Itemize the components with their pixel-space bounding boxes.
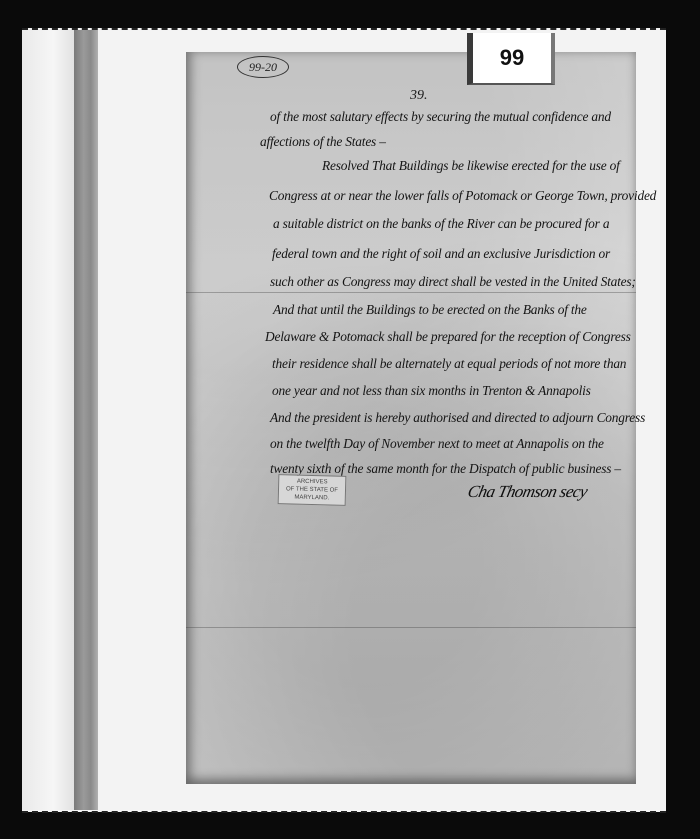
manuscript-line: affections of the States –	[260, 134, 386, 150]
manuscript-line: Delaware & Potomack shall be prepared fo…	[265, 329, 631, 345]
manuscript-line: federal town and the right of soil and a…	[272, 246, 610, 262]
manuscript-line: on the twelfth Day of November next to m…	[270, 436, 604, 452]
manuscript-line: their residence shall be alternately at …	[272, 356, 626, 372]
manuscript-line: such other as Congress may direct shall …	[270, 274, 636, 290]
page-number-label: 99	[467, 33, 555, 85]
manuscript-line: And the president is hereby authorised a…	[270, 410, 645, 426]
frame-bottom-edge	[22, 808, 666, 813]
fold-line	[186, 627, 636, 628]
fold-line	[186, 292, 636, 293]
previous-page-edge	[22, 30, 74, 810]
binding-gutter-shadow	[74, 30, 98, 810]
manuscript-line: Congress at or near the lower falls of P…	[269, 188, 656, 204]
signature: Cha Thomson secy	[466, 482, 589, 502]
manuscript-line: Resolved That Buildings be likewise erec…	[322, 158, 620, 174]
catalog-number: 99-20	[237, 56, 289, 78]
manuscript-line: of the most salutary effects by securing…	[270, 109, 611, 125]
manuscript-line: a suitable district on the banks of the …	[273, 216, 609, 232]
folio-number: 39.	[410, 88, 428, 104]
manuscript-line: one year and not less than six months in…	[272, 383, 591, 399]
archives-stamp: ARCHIVES OF THE STATE OF MARYLAND.	[278, 474, 347, 506]
manuscript-line: And that until the Buildings to be erect…	[273, 302, 587, 318]
